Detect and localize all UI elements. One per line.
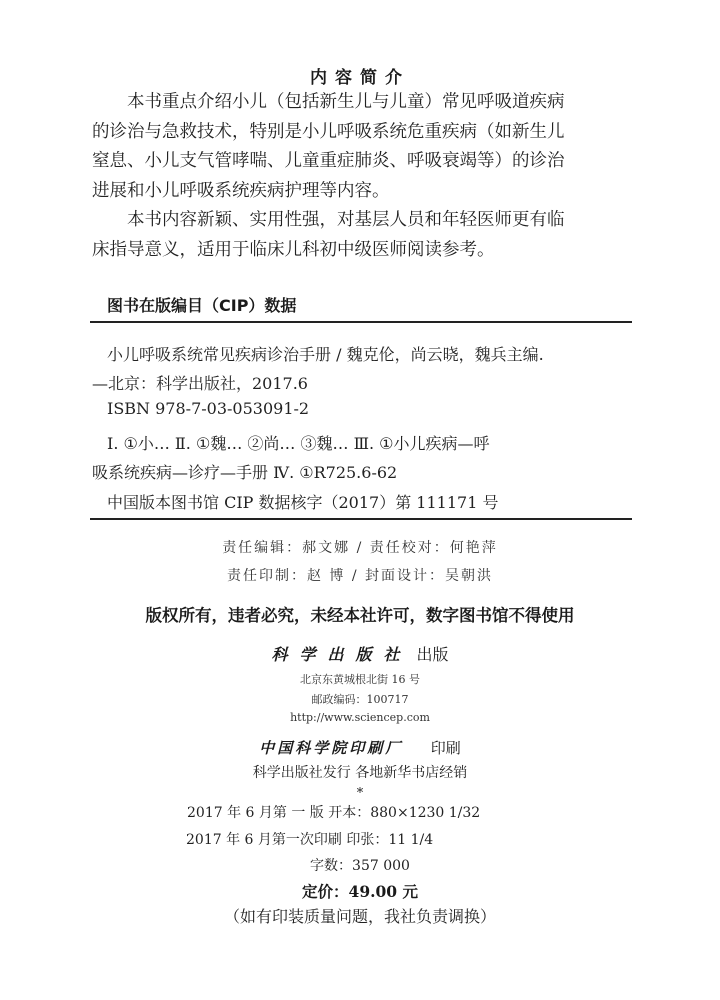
staff-line-2: 责任印制：赵 博 / 封面设计：吴朝洪 (0, 565, 720, 585)
publisher-postcode: 邮政编码：100717 (0, 691, 720, 707)
cip-bottom-rule (90, 518, 632, 520)
edition-info: 2017 年 6 月第 一 版 开本：880×1230 1/32 (187, 802, 480, 822)
price: 定价：49.00 元 (0, 880, 720, 902)
cip-record-number: 中国版本图书馆 CIP 数据核字（2017）第 111171 号 (107, 490, 498, 513)
copyright-notice: 版权所有，违者必究，未经本社许可，数字图书馆不得使用 (0, 602, 720, 626)
replacement-note: （如有印装质量问题，我社负责调换） (0, 904, 720, 927)
summary-line: 床指导意义，适用于临床儿科初中级医师阅读参考。 (92, 236, 632, 266)
summary-line: 窒息、小儿支气管哮喘、儿童重症肺炎、呼吸衰竭等）的诊治 (92, 147, 632, 177)
summary-line: 的诊治与急救技术，特别是小儿呼吸系统危重疾病（如新生儿 (92, 118, 632, 148)
cip-classification-line-1: Ⅰ. ①小… Ⅱ. ①魏… ②尚… ③魏… Ⅲ. ①小儿疾病—呼 (107, 431, 490, 454)
publisher-website: http://www.sciencep.com (0, 711, 720, 724)
printer-line: 中国科学院印刷厂 印刷 (0, 737, 720, 758)
cip-top-rule (90, 321, 632, 323)
cip-title-line-2: —北京：科学出版社，2017.6 (92, 371, 308, 394)
printing-info: 2017 年 6 月第一次印刷 印张：11 1/4 (186, 829, 433, 849)
summary-line: 本书重点介绍小儿（包括新生儿与儿童）常见呼吸道疾病 (92, 88, 632, 118)
printer-name: 中国科学院印刷厂 (259, 739, 403, 757)
summary-paragraph-1: 本书重点介绍小儿（包括新生儿与儿童）常见呼吸道疾病 的诊治与急救技术，特别是小儿… (92, 88, 632, 206)
printer-role: 印刷 (431, 739, 461, 757)
cip-heading: 图书在版编目（CIP）数据 (107, 293, 296, 316)
word-count: 字数：357 000 (0, 855, 720, 875)
summary-paragraph-2: 本书内容新颖、实用性强，对基层人员和年轻医师更有临 床指导意义，适用于临床儿科初… (92, 206, 632, 265)
publisher-role: 出版 (417, 645, 449, 664)
staff-line-1: 责任编辑：郝文娜 / 责任校对：何艳萍 (0, 537, 720, 557)
summary-line: 进展和小儿呼吸系统疾病护理等内容。 (92, 177, 632, 207)
publisher-line: 科学出版社 出版 (0, 642, 720, 665)
cip-title-line-1: 小儿呼吸系统常见疾病诊治手册 / 魏克伦，尚云晓，魏兵主编. (107, 342, 544, 365)
separator-asterisk: * (0, 786, 720, 801)
summary-line: 本书内容新颖、实用性强，对基层人员和年轻医师更有临 (92, 206, 632, 236)
publisher-name: 科学出版社 (271, 645, 411, 664)
cip-classification-line-2: 吸系统疾病—诊疗—手册 Ⅳ. ①R725.6-62 (92, 460, 397, 483)
distribution: 科学出版社发行 各地新华书店经销 (0, 762, 720, 782)
cip-isbn: ISBN 978-7-03-053091-2 (107, 399, 309, 418)
summary-title: 内容简介 (0, 63, 720, 88)
publisher-address: 北京东黄城根北街 16 号 (0, 671, 720, 687)
